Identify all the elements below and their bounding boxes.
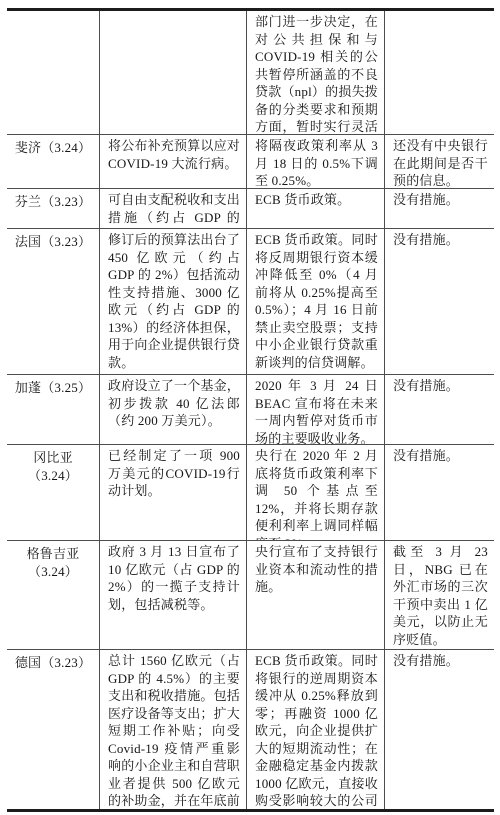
cell-fiscal: 政府设立了一个基金，初步拨款 40 亿法郎（约 200 万美元）。 xyxy=(100,375,247,445)
cell-other: 还没有中央银行在此期间是否干预的信息。 xyxy=(385,135,494,189)
cell-fiscal: 总计 1560 亿欧元（占 GDP 的 4.5%）的主要支出和税收措施。包括医疗… xyxy=(100,650,247,809)
cell-other: 没有措施。 xyxy=(385,375,494,445)
cell-other: 没有措施。 xyxy=(385,189,494,229)
cell-fiscal: 政府 3 月 13 日宣布了 10 亿欧元（占 GDP 的 2%）的一揽子支持计… xyxy=(100,541,247,650)
cell-other: 没有措施。 xyxy=(385,445,494,541)
cell-other: 没有措施。 xyxy=(385,650,494,809)
cell-fiscal: 已经制定了一项 900 万美元的COVID-19行动计划。 xyxy=(100,445,247,541)
cell-monetary: 央行在 2020 年 2 月底将货币政策利率下调 50 个基点至 12%，并将长… xyxy=(247,445,385,541)
cell-fiscal: 将公布补充预算以应对 COVID-19 大流行病。 xyxy=(100,135,247,189)
cell-country: 德国（3.23） xyxy=(7,650,100,809)
cell-monetary: ECB 货币政策。 xyxy=(247,189,385,229)
cell-country xyxy=(7,11,100,135)
cell-monetary: 部门进一步决定，在对公共担保和与 COVID-19 相关的公共暂停所涵盖的不良贷… xyxy=(247,11,385,135)
document-page: 部门进一步决定，在对公共担保和与 COVID-19 相关的公共暂停所涵盖的不良贷… xyxy=(0,0,500,815)
cell-monetary: ECB 货币政策。同时将银行的逆周期资本缓冲从 0.25%释放到零；再融资 10… xyxy=(247,650,385,809)
cell-country: 芬兰（3.23） xyxy=(7,189,100,229)
cell-monetary: ECB 货币政策。同时将反周期银行资本缓冲降低至 0%（4 月前将从 0.25%… xyxy=(247,229,385,375)
policy-measures-table: 部门进一步决定，在对公共担保和与 COVID-19 相关的公共暂停所涵盖的不良贷… xyxy=(7,8,494,812)
cell-fiscal: 修订后的预算法出台了 450 亿欧元（约占 GDP 的 2%）包括流动性支持措施… xyxy=(100,229,247,375)
cell-fiscal: 可自由支配税收和支出措施（约占 GDP 的 0.7%）。 xyxy=(100,189,247,229)
cell-monetary: 2020 年 3 月 24 日 BEAC 宣布将在未来一周内暂停对货币市场的主要… xyxy=(247,375,385,445)
cell-other: 截至 3 月 23 日，NBG 已在外汇市场的三次干预中卖出 1 亿美元，以防止… xyxy=(385,541,494,650)
cell-other: 没有措施。 xyxy=(385,229,494,375)
cell-monetary: 央行宣布了支持银行业资本和流动性的措施。 xyxy=(247,541,385,650)
cell-monetary: 将隔夜政策利率从 3 月 18 日的 0.5%下调至 0.25%。 xyxy=(247,135,385,189)
cell-country: 斐济（3.24） xyxy=(7,135,100,189)
cell-country: 格鲁吉亚 （3.24） xyxy=(7,541,100,650)
cell-country: 法国（3.23） xyxy=(7,229,100,375)
cell-fiscal xyxy=(100,11,247,135)
cell-other xyxy=(385,11,494,135)
cell-country: 冈比亚 （3.24） xyxy=(7,445,100,541)
cell-country: 加蓬（3.25） xyxy=(7,375,100,445)
